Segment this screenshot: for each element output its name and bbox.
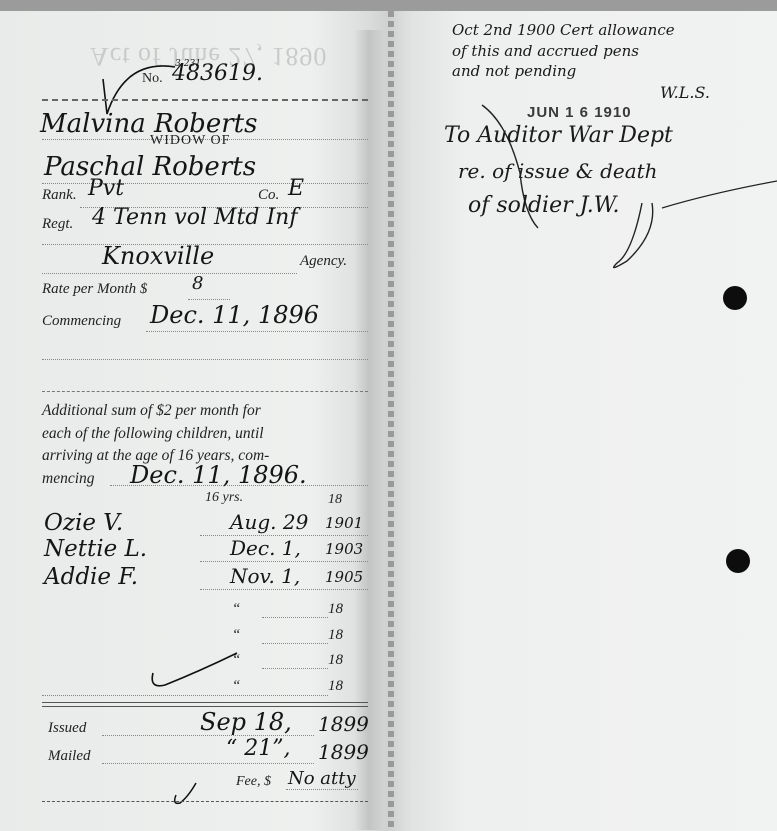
- dotline: [262, 643, 328, 644]
- agency-label: Agency.: [300, 253, 347, 270]
- child-year: 1905: [325, 568, 363, 586]
- blank-year: 18: [328, 627, 343, 644]
- text-line: each of the following children, until: [42, 423, 372, 446]
- cert-number-label: No.: [142, 71, 163, 87]
- dotline: [102, 763, 314, 764]
- dotline: [286, 789, 358, 790]
- punch-hole-top: [723, 286, 747, 310]
- punch-hole-bottom: [726, 549, 750, 573]
- blank-year: 18: [328, 678, 343, 695]
- children-age-header: 16 yrs.: [205, 490, 243, 506]
- issued-value: Sep 18,: [200, 708, 292, 736]
- child-date: Dec. 1,: [230, 536, 301, 560]
- child-name: Ozie V.: [44, 510, 123, 536]
- flourish-stroke: [462, 93, 777, 283]
- note-line: Oct 2nd 1900 Cert allowance: [452, 21, 675, 39]
- scan-top-border: [0, 0, 777, 11]
- rate-value: 8: [192, 273, 203, 294]
- soldier-name: Paschal Roberts: [44, 152, 256, 182]
- dotline: [42, 695, 328, 696]
- memo-line: To Auditor War Dept: [444, 123, 673, 148]
- issued-label: Issued: [48, 720, 86, 737]
- memo-line: re. of issue & death: [458, 159, 658, 183]
- note-line: and not pending: [452, 62, 576, 80]
- mailed-value: “ 21”,: [226, 736, 290, 761]
- child-date: Aug. 29: [230, 510, 308, 534]
- left-page: Act of June 27, 1890 No. 3-231 483619. M…: [0, 11, 392, 831]
- children-year-header: 18: [328, 492, 342, 508]
- commencing-value: Dec. 11, 1896: [150, 301, 319, 329]
- text-line: Additional sum of $2 per month for: [42, 400, 372, 423]
- checkmark-icon: [145, 643, 245, 693]
- memo-line: of soldier J.W.: [468, 193, 619, 218]
- dotline: [262, 617, 328, 618]
- widow-of-label: WIDOW OF: [150, 133, 230, 149]
- commencing-label: Commencing: [42, 313, 121, 330]
- fee-value: No atty: [288, 768, 356, 789]
- child-year: 1903: [325, 540, 363, 558]
- regiment-label: Regt.: [42, 216, 73, 233]
- dotline: [42, 359, 368, 360]
- mailed-label: Mailed: [48, 748, 91, 765]
- rate-label: Rate per Month $: [42, 281, 147, 298]
- child-year: 1901: [325, 514, 363, 532]
- double-rule-bottom: [42, 706, 368, 707]
- company-label: Co.: [258, 187, 279, 204]
- mailed-year: 1899: [318, 740, 369, 764]
- section-rule: [42, 391, 368, 392]
- note-line: of this and accrued pens: [452, 42, 639, 60]
- issued-year: 1899: [318, 712, 369, 736]
- child-name: Addie F.: [44, 564, 138, 590]
- child-name: Nettie L.: [44, 536, 147, 562]
- dotline: [146, 331, 368, 332]
- rank-label: Rank.: [42, 187, 77, 204]
- double-rule-top: [42, 702, 368, 703]
- dotline: [188, 299, 230, 300]
- ditto-mark: “: [232, 601, 240, 618]
- child-date: Nov. 1,: [230, 564, 300, 588]
- fee-label: Fee, $: [236, 774, 271, 790]
- dotline: [200, 561, 368, 562]
- dotline: [110, 485, 368, 486]
- bottom-rule: [42, 801, 368, 802]
- blank-year: 18: [328, 652, 343, 669]
- checkmark-icon: [170, 779, 200, 807]
- top-rule: [42, 99, 368, 101]
- agency-value: Knoxville: [102, 242, 214, 270]
- ditto-mark: “: [232, 627, 240, 644]
- dotline: [42, 273, 297, 274]
- rank-value: Pvt: [88, 176, 124, 201]
- company-value: E: [288, 176, 304, 201]
- dotline: [262, 668, 328, 669]
- blank-year: 18: [328, 601, 343, 618]
- regiment-value: 4 Tenn vol Mtd Inf: [92, 205, 297, 230]
- cert-number: 483619.: [172, 61, 263, 86]
- right-page: Oct 2nd 1900 Cert allowance of this and …: [392, 11, 777, 831]
- dotline: [200, 589, 368, 590]
